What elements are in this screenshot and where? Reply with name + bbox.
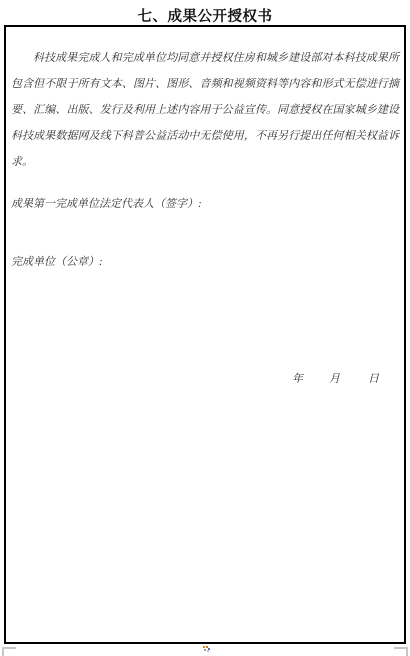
seal-line-label: 完成单位（公章）: [11, 255, 103, 269]
authorization-paragraph: 科技成果完成人和完成单位均同意并授权住房和城乡建设部对本科技成果所包含但不限于所… [11, 45, 399, 175]
page-title: 七、成果公开授权书 [0, 5, 410, 26]
page-separator-mark [203, 646, 205, 648]
next-page-corner-left [2, 647, 16, 656]
date-line: 年月日 [292, 372, 379, 386]
next-page-corner-right [394, 647, 408, 656]
month-label: 月 [329, 373, 340, 385]
signature-line-label: 成果第一完成单位法定代表人（签字）: [11, 197, 202, 211]
document-page: 七、成果公开授权书 科技成果完成人和完成单位均同意并授权住房和城乡建设部对本科技… [0, 0, 410, 656]
day-label: 日 [368, 373, 379, 385]
authorization-box: 科技成果完成人和完成单位均同意并授权住房和城乡建设部对本科技成果所包含但不限于所… [4, 25, 406, 644]
year-label: 年 [292, 373, 303, 385]
